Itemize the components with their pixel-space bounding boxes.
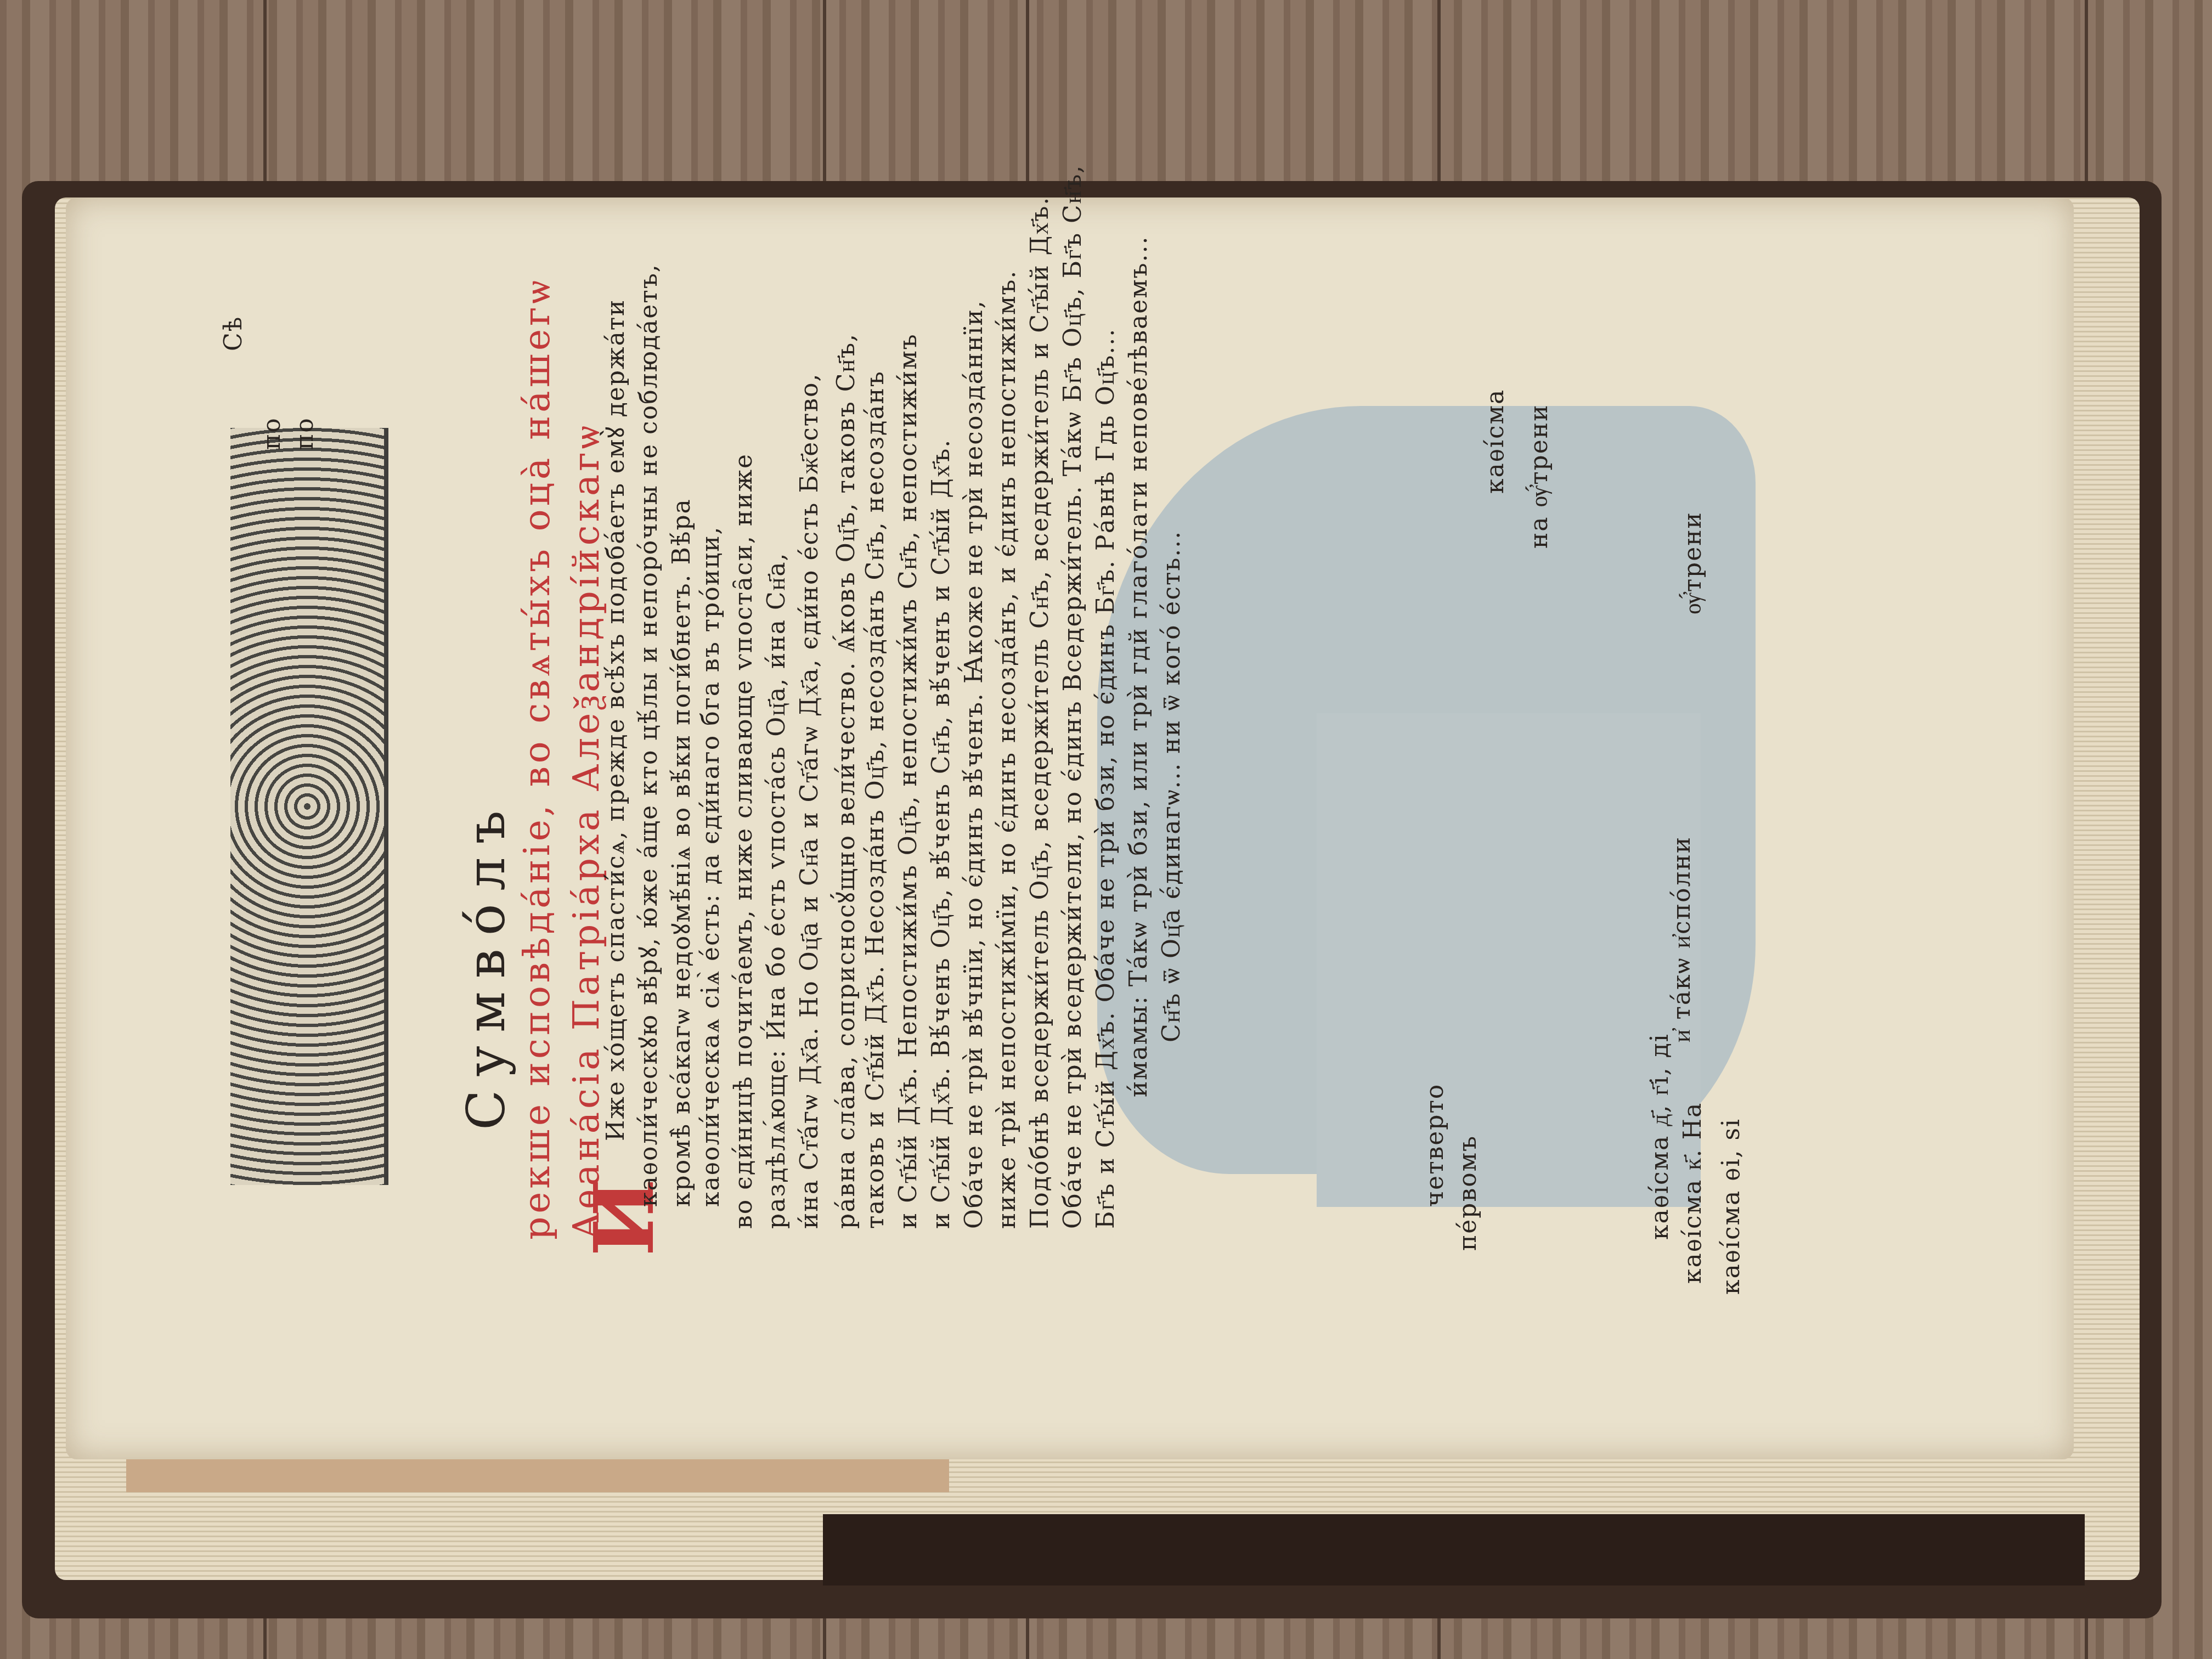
book-spine: [823, 1514, 2085, 1585]
fragment-line: каѳі́сма д҃, г҃і, ді: [1646, 1033, 1674, 1240]
fragment-line: на ѹ҆́трени: [1525, 404, 1553, 549]
body-line: и Ст҃ы́й Дх҃ъ. Непостижи́мъ Оц҃ъ, непост…: [894, 333, 922, 1229]
repair-paper-patch: [1317, 713, 1701, 1207]
subtitle-line: рекше исповѣда́ніе, во свѧты́хъ оца̀ на́…: [516, 278, 558, 1240]
fragment-line: четверто: [1421, 1084, 1449, 1207]
body-line: Оба́че не трѝ вседержи́тели, но є́динъ В…: [1059, 165, 1087, 1229]
edge-text: по: [258, 417, 286, 450]
body-line: Бг҃ъ и Ст҃ы́й Дх҃ъ. Оба́че не трѝ бзи, н…: [1092, 328, 1120, 1229]
fragment-line: пе́рвомъ: [1454, 1135, 1482, 1251]
edge-text: Сѣ: [219, 316, 247, 351]
body-line: Подо́бнѣ вседержи́тель Оц҃ъ, вседержи́те…: [1026, 196, 1054, 1229]
body-line: каѳоли́ческаѧ сіѧ̀ е́сть: да єди́наго бг…: [697, 526, 725, 1207]
body-line: и́мамы: Та́кѡ трѝ бзи, или трѝ гдй глаго…: [1125, 235, 1153, 1097]
body-line: каѳоли́ческꙋю вѣ́рꙋ, ю́же а́ще кто цѣ́лы…: [631, 263, 664, 1207]
fragment-line: каѳі́сма к҃. На: [1679, 1102, 1707, 1284]
body-line: ниже трѝ непостижи́мїи, но є́динъ несозд…: [993, 270, 1021, 1229]
body-line: таковъ и Ст҃ы́й Дх҃ъ. Несозда́нъ Оц҃ъ, н…: [861, 370, 889, 1229]
body-line: Оба́че не трѝ вѣ́чнїи, но є́динъ вѣ́ченъ…: [960, 300, 988, 1229]
body-line: во єди́ницѣ почита́емъ, ниже сливающе ѵп…: [730, 453, 758, 1229]
body-line: и́на Ст҃а́гѡ Дх҃а. Но Оц҃а и Сн҃а и Ст҃а…: [795, 373, 823, 1229]
body-line: кромѣ̀ вса́кагѡ недоꙋмѣ́ніѧ во вѣ́ки пог…: [664, 498, 697, 1207]
fragment-line: ѹ҆́трени: [1679, 511, 1707, 614]
fragment-line: каѳі́сма ѳі, ѕі: [1717, 1118, 1745, 1295]
page-title: Сумво́лъ: [455, 797, 517, 1130]
body-line: Сн҃ъ ѿ Оц҃а є́динагѡ... ни ѿ кого́ е́сть…: [1158, 531, 1186, 1042]
body-line: Иже хо́щетъ спасти́сѧ, прежде всѣ́хъ под…: [598, 299, 631, 1141]
body-line: ра́вна сла́ва, соприсносꙋ́щно вели́честв…: [828, 333, 861, 1229]
fragment-line: каѳі́сма: [1481, 389, 1509, 494]
body-line: раздѣлѧ́юще: И́на бо е́сть ѵпоста́сь Оц҃…: [763, 552, 791, 1229]
body-line: и Ст҃ы́й Дх҃ъ. Вѣ́ченъ Оц҃ъ, вѣ́ченъ Сн҃…: [927, 439, 955, 1229]
edge-text: по: [291, 417, 319, 450]
woodcut-ornament-border: [230, 428, 388, 1185]
fragment-line: и҆ та́кѡ и҆спо́лни: [1668, 836, 1696, 1042]
